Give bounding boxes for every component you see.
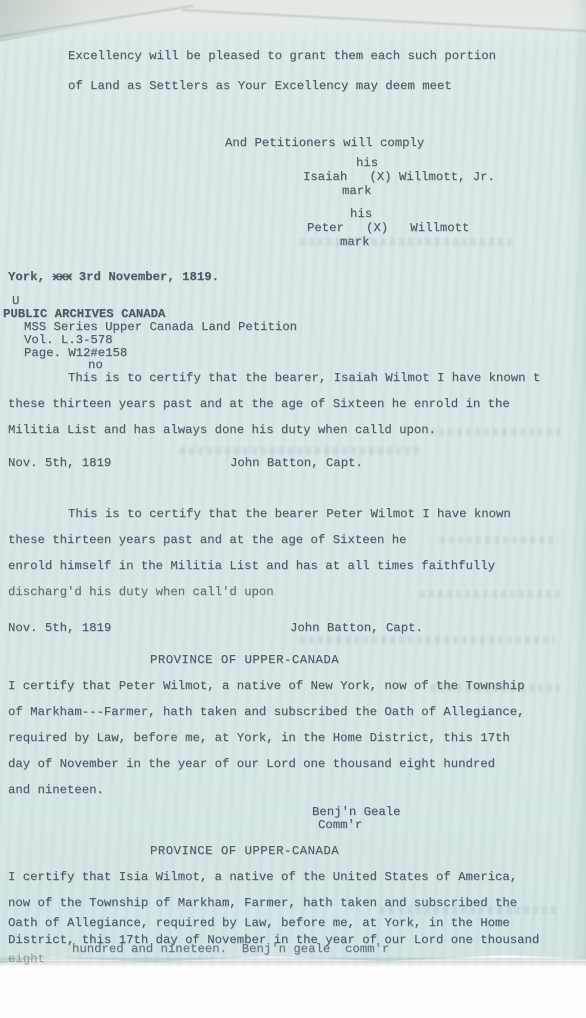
signature-his-label: his bbox=[350, 208, 372, 221]
oath-isaiah-overstruck-line: hundred and nineteen. Benj'n geale comm'… bbox=[72, 943, 389, 956]
oath-isaiah-line: Oath of Allegiance, required by Law, bef… bbox=[8, 917, 510, 930]
cert-peter-date: Nov. 5th, 1819 bbox=[8, 622, 111, 635]
dateline-struck-text: xxx bbox=[52, 270, 71, 284]
cert-peter-signature: John Batton, Capt. bbox=[290, 622, 423, 635]
oath-isaiah-heading: PROVINCE OF UPPER-CANADA bbox=[150, 845, 339, 858]
signature-his-label: his bbox=[356, 157, 378, 170]
cert-isaiah-line: This is to certify that the bearer, Isai… bbox=[68, 372, 540, 385]
oath-isaiah-line: I certify that Isia Wilmot, a native of … bbox=[8, 871, 517, 884]
dateline: York, xxx 3rd November, 1819. bbox=[8, 271, 219, 284]
archive-page: Page. W12#e158 bbox=[24, 347, 127, 360]
petition-closing-line: of Land as Settlers as Your Excellency m… bbox=[68, 80, 452, 93]
cert-peter-line: discharg'd his duty when call'd upon bbox=[8, 586, 274, 599]
document-scan: Excellency will be pleased to grant them… bbox=[0, 0, 586, 1018]
oath-isaiah-line: now of the Township of Markham, Farmer, … bbox=[8, 897, 517, 910]
oath-peter-line: required by Law, before me, at York, in … bbox=[8, 732, 510, 745]
signature-isaiah-willmott: Isaiah (X) Willmott, Jr. bbox=[303, 171, 495, 184]
oath-peter-heading: PROVINCE OF UPPER-CANADA bbox=[150, 654, 339, 667]
cert-peter-line: This is to certify that the bearer Peter… bbox=[68, 508, 511, 521]
cert-isaiah-signature: John Batton, Capt. bbox=[230, 457, 363, 470]
signature-mark-label: mark bbox=[340, 236, 370, 249]
cert-isaiah-line: these thirteen years past and at the age… bbox=[8, 398, 510, 411]
cert-peter-line: enrold himself in the Militia List and h… bbox=[8, 560, 495, 573]
oath-peter-signature-title: Comm'r bbox=[318, 819, 362, 832]
comply-line: And Petitioners will comply bbox=[225, 137, 424, 150]
right-edge-shade bbox=[572, 0, 586, 960]
oath-peter-line: I certify that Peter Wilmot, a native of… bbox=[8, 680, 525, 693]
oath-peter-line: day of November in the year of our Lord … bbox=[8, 758, 495, 771]
cert-isaiah-date: Nov. 5th, 1819 bbox=[8, 457, 111, 470]
dateline-prefix: York, bbox=[8, 270, 52, 284]
cert-isaiah-line: Militia List and has always done his dut… bbox=[8, 424, 436, 437]
cert-peter-line: these thirteen years past and at the age… bbox=[8, 534, 406, 547]
dateline-suffix: 3rd November, 1819. bbox=[71, 270, 219, 284]
signature-peter-willmott: Peter (X) Willmott bbox=[307, 222, 469, 235]
bottom-edge-shadow bbox=[0, 961, 586, 967]
oath-isaiah-faint-word: eight bbox=[8, 953, 45, 966]
signature-mark-label: mark bbox=[342, 185, 372, 198]
oath-peter-line: of Markham---Farmer, hath taken and subs… bbox=[8, 706, 525, 719]
oath-peter-line: and nineteen. bbox=[8, 784, 104, 797]
petition-closing-line: Excellency will be pleased to grant them… bbox=[68, 50, 496, 63]
